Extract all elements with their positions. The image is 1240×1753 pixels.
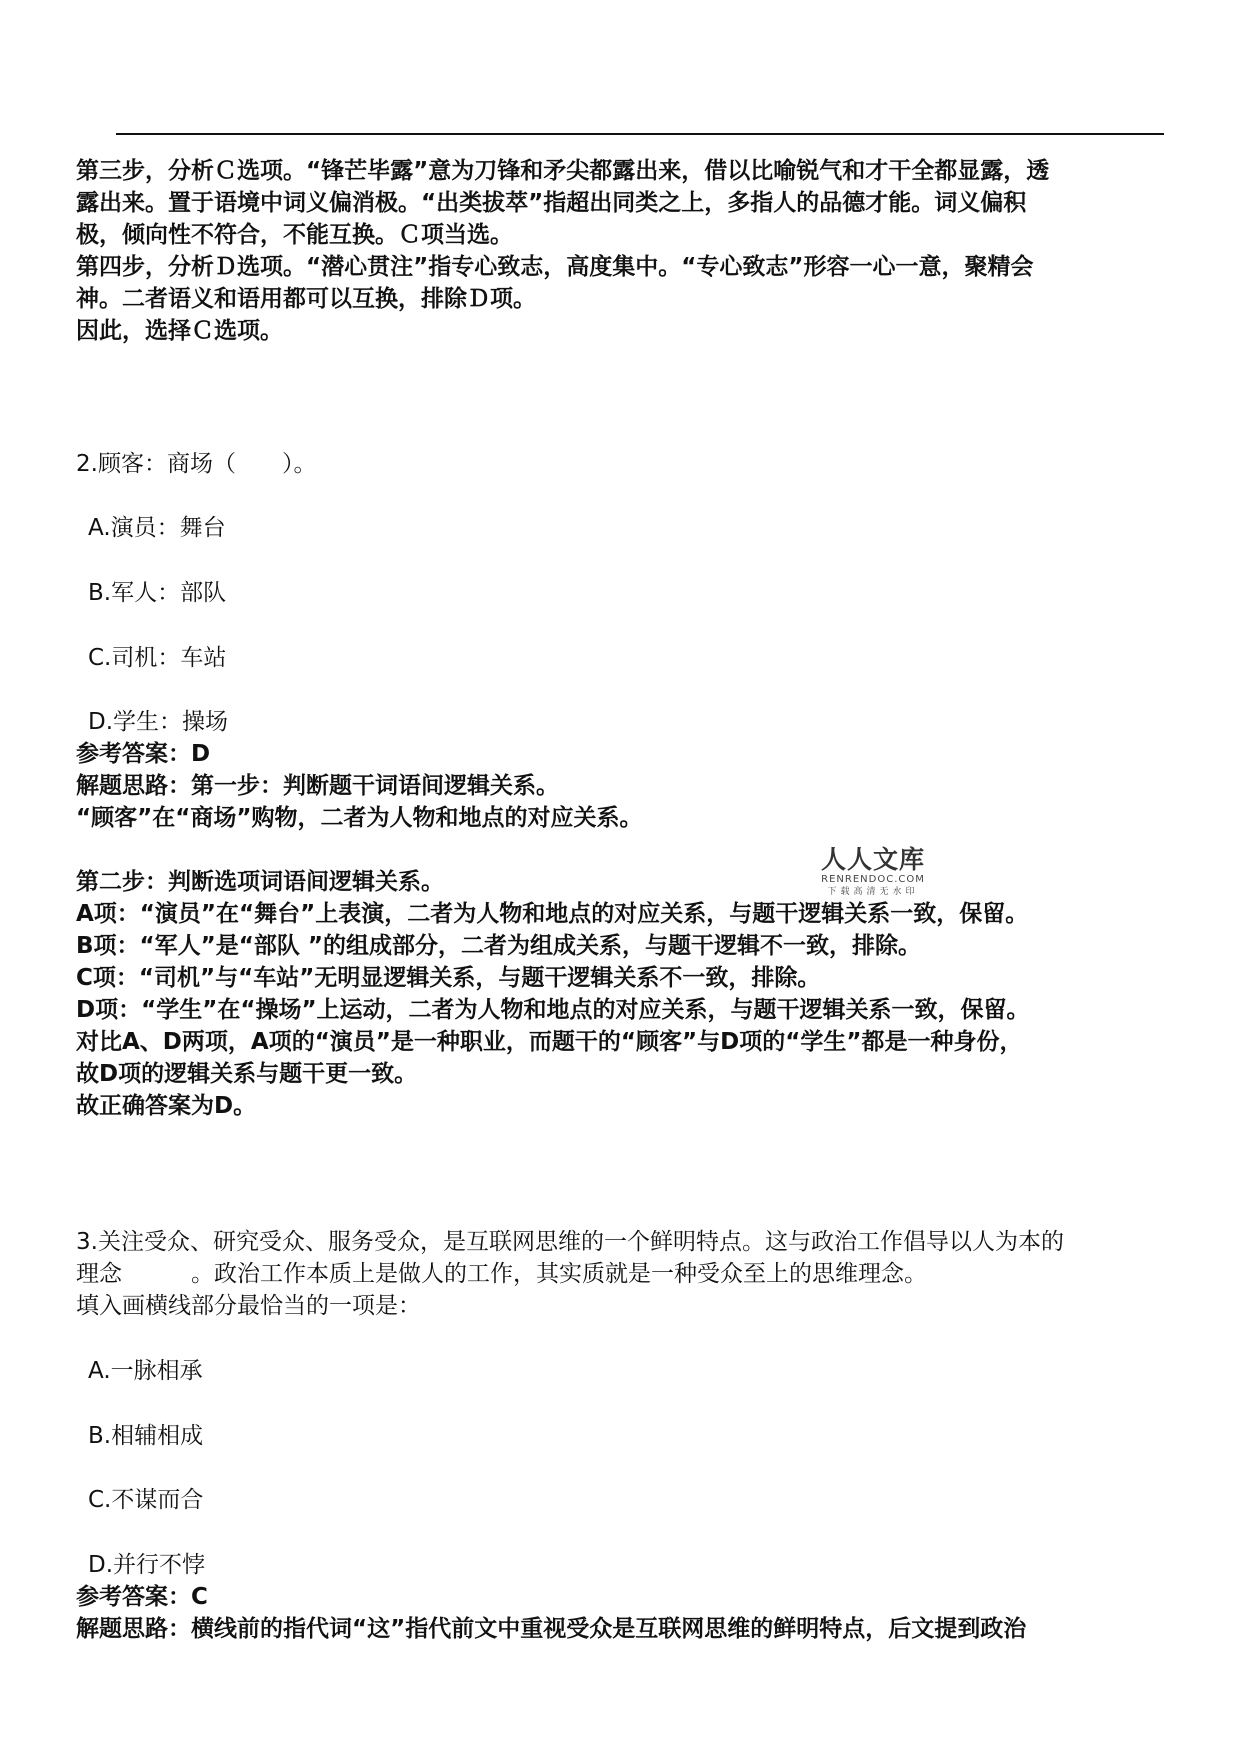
question-stem: 2.顾客：商场（ ）。	[76, 448, 316, 480]
text-line: 因此，选择Ｃ选项。	[76, 315, 283, 347]
reference-answer: 参考答案：C	[76, 1581, 208, 1613]
text-line: 神。二者语义和语用都可以互换，排除Ｄ项。	[76, 283, 536, 315]
option-a: A.一脉相承	[88, 1355, 203, 1387]
watermark-title: 人人文库	[808, 846, 938, 874]
option-c: C.司机：车站	[88, 642, 226, 674]
watermark-domain: RENRENDOC.COM	[808, 874, 938, 886]
analysis-line: 故D项的逻辑关系与题干更一致。	[76, 1058, 417, 1090]
option-b: B.军人：部队	[88, 577, 226, 609]
text-line: 极，倾向性不符合，不能互换。Ｃ项当选。	[76, 219, 513, 251]
watermark-subtitle: 下载高清无水印	[808, 886, 938, 898]
analysis-line: 故正确答案为D。	[76, 1090, 256, 1122]
analysis-line: 第二步：判断选项词语间逻辑关系。	[76, 866, 444, 898]
question-stem: 理念 。政治工作本质上是做人的工作，其实质就是一种受众至上的思维理念。	[76, 1258, 927, 1290]
text-line: 第四步，分析Ｄ选项。“潜心贯注”指专心致志，高度集中。“专心致志”形容一心一意，…	[76, 251, 1033, 283]
analysis-line: C项：“司机”与“车站”无明显逻辑关系，与题干逻辑关系不一致，排除。	[76, 962, 820, 994]
watermark-logo: 人人文库 RENRENDOC.COM 下载高清无水印	[808, 846, 938, 898]
question-instruction: 填入画横线部分最恰当的一项是：	[76, 1290, 421, 1322]
analysis-line: “顾客”在“商场”购物，二者为人物和地点的对应关系。	[76, 802, 642, 834]
analysis-line: D项：“学生”在“操场”上运动，二者为人物和地点的对应关系，与题干逻辑关系一致，…	[76, 994, 1030, 1026]
analysis-line: B项：“军人”是“部队 ”的组成部分，二者为组成关系，与题干逻辑不一致，排除。	[76, 930, 921, 962]
option-d: D.学生：操场	[88, 706, 228, 738]
analysis-line: 对比A、D两项，A项的“演员”是一种职业，而题干的“顾客”与D项的“学生”都是一…	[76, 1026, 1022, 1058]
option-a: A.演员：舞台	[88, 512, 226, 544]
text-line: 第三步，分析Ｃ选项。“锋芒毕露”意为刀锋和矛尖都露出来，借以比喻锐气和才干全都显…	[76, 155, 1049, 187]
option-d: D.并行不悖	[88, 1549, 205, 1581]
question-stem: 3.关注受众、研究受众、服务受众，是互联网思维的一个鲜明特点。这与政治工作倡导以…	[76, 1226, 1064, 1258]
option-b: B.相辅相成	[88, 1420, 203, 1452]
analysis-line: A项：“演员”在“舞台”上表演，二者为人物和地点的对应关系，与题干逻辑关系一致，…	[76, 898, 1028, 930]
analysis-line: 解题思路：横线前的指代词“这”指代前文中重视受众是互联网思维的鲜明特点，后文提到…	[76, 1613, 1026, 1645]
text-line: 露出来。置于语境中词义偏消极。“出类拔萃”指超出同类之上，多指人的品德才能。词义…	[76, 187, 1026, 219]
analysis-line: 解题思路：第一步：判断题干词语间逻辑关系。	[76, 770, 559, 802]
header-rule	[116, 133, 1164, 135]
option-c: C.不谋而合	[88, 1484, 203, 1516]
reference-answer: 参考答案：D	[76, 738, 210, 770]
